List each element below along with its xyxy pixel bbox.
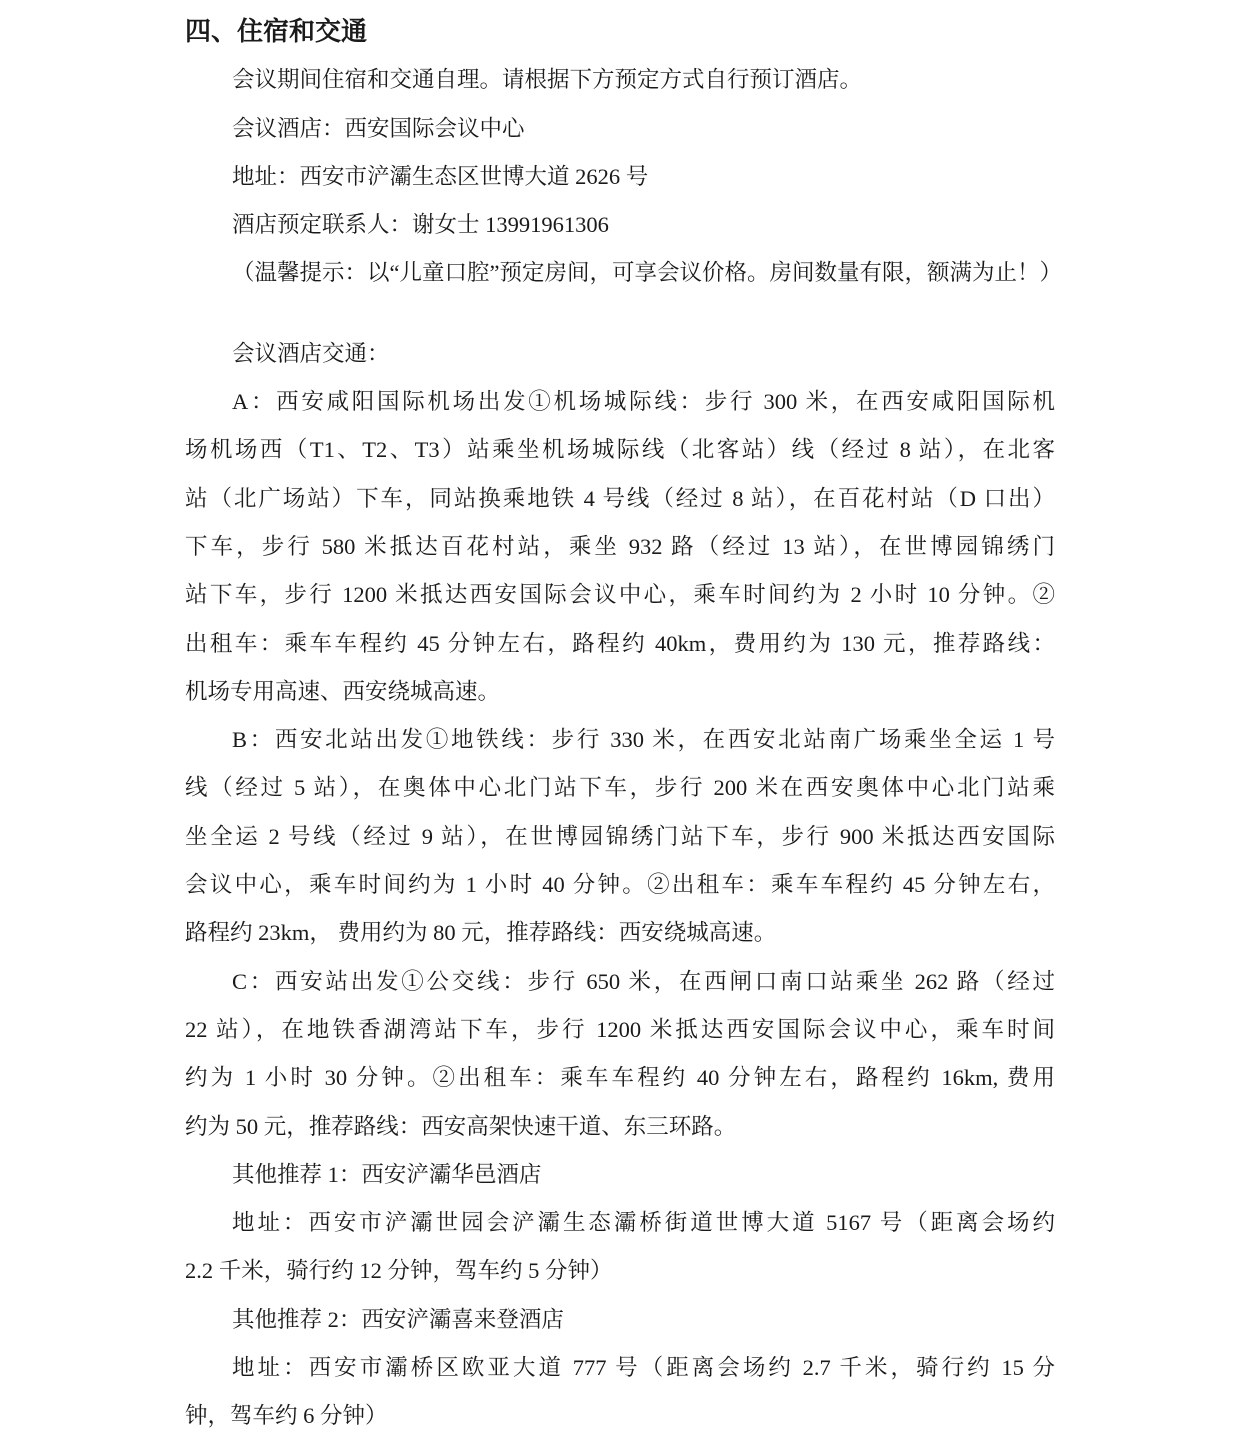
text-line: 站下车，步行 1200 米抵达西安国际会议中心，乘车时间约为 2 小时 10 分… — [185, 571, 1055, 619]
text-line: 22 站），在地铁香湖湾站下车，步行 1200 米抵达西安国际会议中心，乘车时间 — [185, 1006, 1055, 1054]
text-line: 机场专用高速、西安绕城高速。 — [185, 668, 1055, 716]
text-line: 其他推荐 1：西安浐灞华邑酒店 — [185, 1151, 1055, 1199]
text-line: C：西安站出发①公交线：步行 650 米，在西闸口南口站乘坐 262 路（经过 — [185, 958, 1055, 1006]
document-body: 会议期间住宿和交通自理。请根据下方预定方式自行预订酒店。会议酒店：西安国际会议中… — [185, 56, 1055, 1440]
text-line: 约为 1 小时 30 分钟。②出租车：乘车车程约 40 分钟左右，路程约 16k… — [185, 1054, 1055, 1102]
text-line: 会议酒店交通： — [185, 330, 1055, 378]
text-line: 下车，步行 580 米抵达百花村站，乘坐 932 路（经过 13 站），在世博园… — [185, 523, 1055, 571]
text-line: 路程约 23km， 费用约为 80 元，推荐路线：西安绕城高速。 — [185, 909, 1055, 957]
text-line: 会议中心，乘车时间约为 1 小时 40 分钟。②出租车：乘车车程约 45 分钟左… — [185, 861, 1055, 909]
text-line: 地址：西安市灞桥区欧亚大道 777 号（距离会场约 2.7 千米，骑行约 15 … — [185, 1344, 1055, 1392]
text-line: 站（北广场站）下车，同站换乘地铁 4 号线（经过 8 站），在百花村站（D 口出… — [185, 475, 1055, 523]
text-line: 2.2 千米，骑行约 12 分钟，驾车约 5 分钟） — [185, 1247, 1055, 1295]
text-line: 坐全运 2 号线（经过 9 站），在世博园锦绣门站下车，步行 900 米抵达西安… — [185, 813, 1055, 861]
text-line: 酒店预定联系人：谢女士 13991961306 — [185, 201, 1055, 249]
text-line: 出租车：乘车车程约 45 分钟左右，路程约 40km，费用约为 130 元，推荐… — [185, 620, 1055, 668]
text-line: 会议期间住宿和交通自理。请根据下方预定方式自行预订酒店。 — [185, 56, 1055, 104]
text-line: （温馨提示：以“儿童口腔”预定房间，可享会议价格。房间数量有限，额满为止！） — [185, 249, 1055, 297]
text-line: B：西安北站出发①地铁线：步行 330 米，在西安北站南广场乘坐全运 1 号 — [185, 716, 1055, 764]
text-line: 其他推荐 2：西安浐灞喜来登酒店 — [185, 1296, 1055, 1344]
text-line: 约为 50 元，推荐路线：西安高架快速干道、东三环路。 — [185, 1103, 1055, 1151]
document-page: 四、住宿和交通 会议期间住宿和交通自理。请根据下方预定方式自行预订酒店。会议酒店… — [0, 0, 1240, 1456]
text-line: 会议酒店：西安国际会议中心 — [185, 105, 1055, 153]
section-heading: 四、住宿和交通 — [185, 8, 1055, 56]
text-line: 钟，驾车约 6 分钟） — [185, 1392, 1055, 1440]
text-line: 线（经过 5 站），在奥体中心北门站下车，步行 200 米在西安奥体中心北门站乘 — [185, 764, 1055, 812]
text-line: 地址：西安市浐灞世园会浐灞生态灞桥街道世博大道 5167 号（距离会场约 — [185, 1199, 1055, 1247]
text-line: 地址：西安市浐灞生态区世博大道 2626 号 — [185, 153, 1055, 201]
text-line: 场机场西（T1、T2、T3）站乘坐机场城际线（北客站）线（经过 8 站），在北客 — [185, 426, 1055, 474]
text-line: A：西安咸阳国际机场出发①机场城际线：步行 300 米，在西安咸阳国际机 — [185, 378, 1055, 426]
